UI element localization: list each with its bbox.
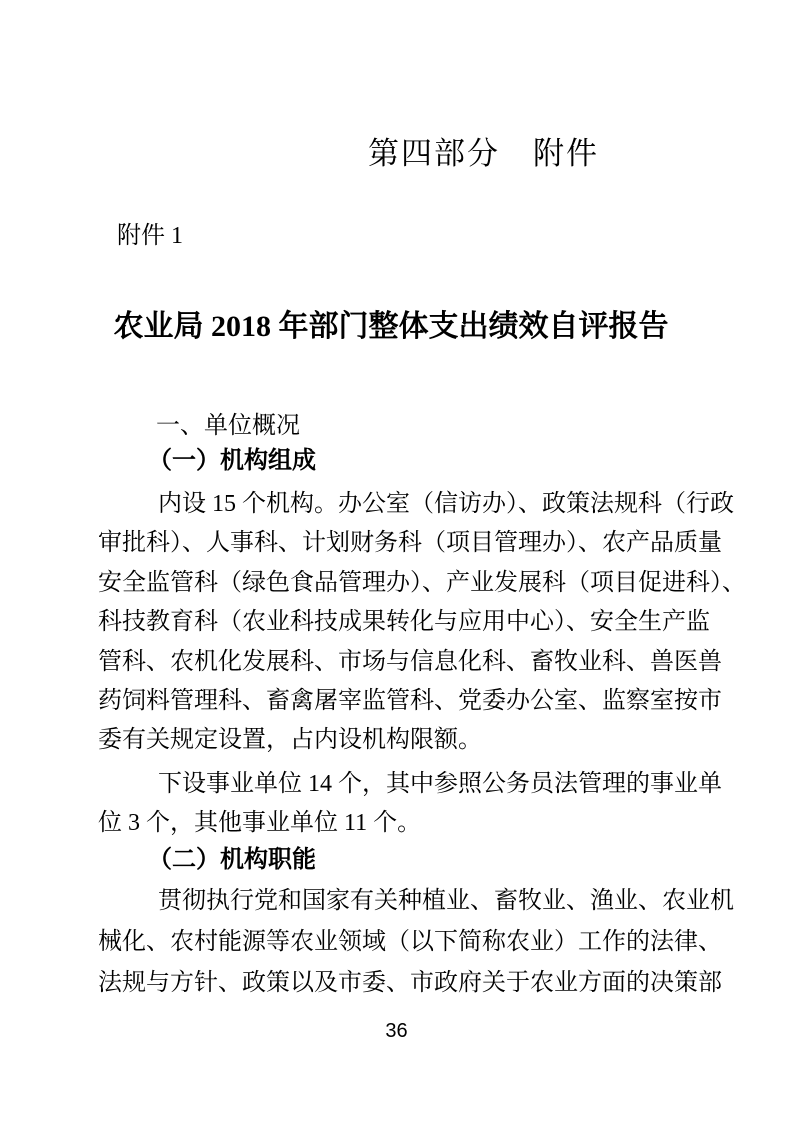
attachment-label: 附件 1 (117, 221, 183, 251)
section-1-heading: 一、单位概况 (98, 411, 300, 441)
text-line: 审批科）、人事科、计划财务科（项目管理办）、农产品质量 (98, 524, 698, 563)
text-line: 内设 15 个机构。办公室（信访办）、政策法规科（行政 (98, 485, 698, 524)
paragraph-2: 下设事业单位 14 个，其中参照公务员法管理的事业单 位 3 个，其他事业单位 … (98, 765, 698, 843)
subsection-2-heading: （二）机构职能 (98, 845, 316, 875)
part-heading: 第四部分 附件 (368, 134, 599, 174)
text-line: 安全监管科（绿色食品管理办）、产业发展科（项目促进科）、 (98, 564, 698, 603)
text-line: 药饲料管理科、畜禽屠宰监管科、党委办公室、监察室按市 (98, 682, 698, 721)
text-line: 位 3 个，其他事业单位 11 个。 (98, 804, 698, 843)
subsection-1-heading: （一）机构组成 (98, 446, 316, 476)
document-title: 农业局 2018 年部门整体支出绩效自评报告 (98, 307, 684, 347)
text-line: 械化、农村能源等农业领域（以下简称农业）工作的法律、 (98, 922, 698, 963)
text-line: 科技教育科（农业科技成果转化与应用中心）、安全生产监 (98, 603, 698, 642)
document-page: 第四部分 附件 附件 1 农业局 2018 年部门整体支出绩效自评报告 一、单位… (0, 0, 793, 1122)
text-line: 委有关规定设置，占内设机构限额。 (98, 721, 698, 760)
page-number: 36 (0, 1018, 793, 1044)
text-line: 贯彻执行党和国家有关种植业、畜牧业、渔业、农业机 (98, 881, 698, 922)
paragraph-3: 贯彻执行党和国家有关种植业、畜牧业、渔业、农业机 械化、农村能源等农业领域（以下… (98, 881, 698, 1004)
text-line: 法规与方针、政策以及市委、市政府关于农业方面的决策部 (98, 963, 698, 1004)
paragraph-1: 内设 15 个机构。办公室（信访办）、政策法规科（行政 审批科）、人事科、计划财… (98, 485, 698, 761)
text-line: 下设事业单位 14 个，其中参照公务员法管理的事业单 (98, 765, 698, 804)
text-line: 管科、农机化发展科、市场与信息化科、畜牧业科、兽医兽 (98, 643, 698, 682)
